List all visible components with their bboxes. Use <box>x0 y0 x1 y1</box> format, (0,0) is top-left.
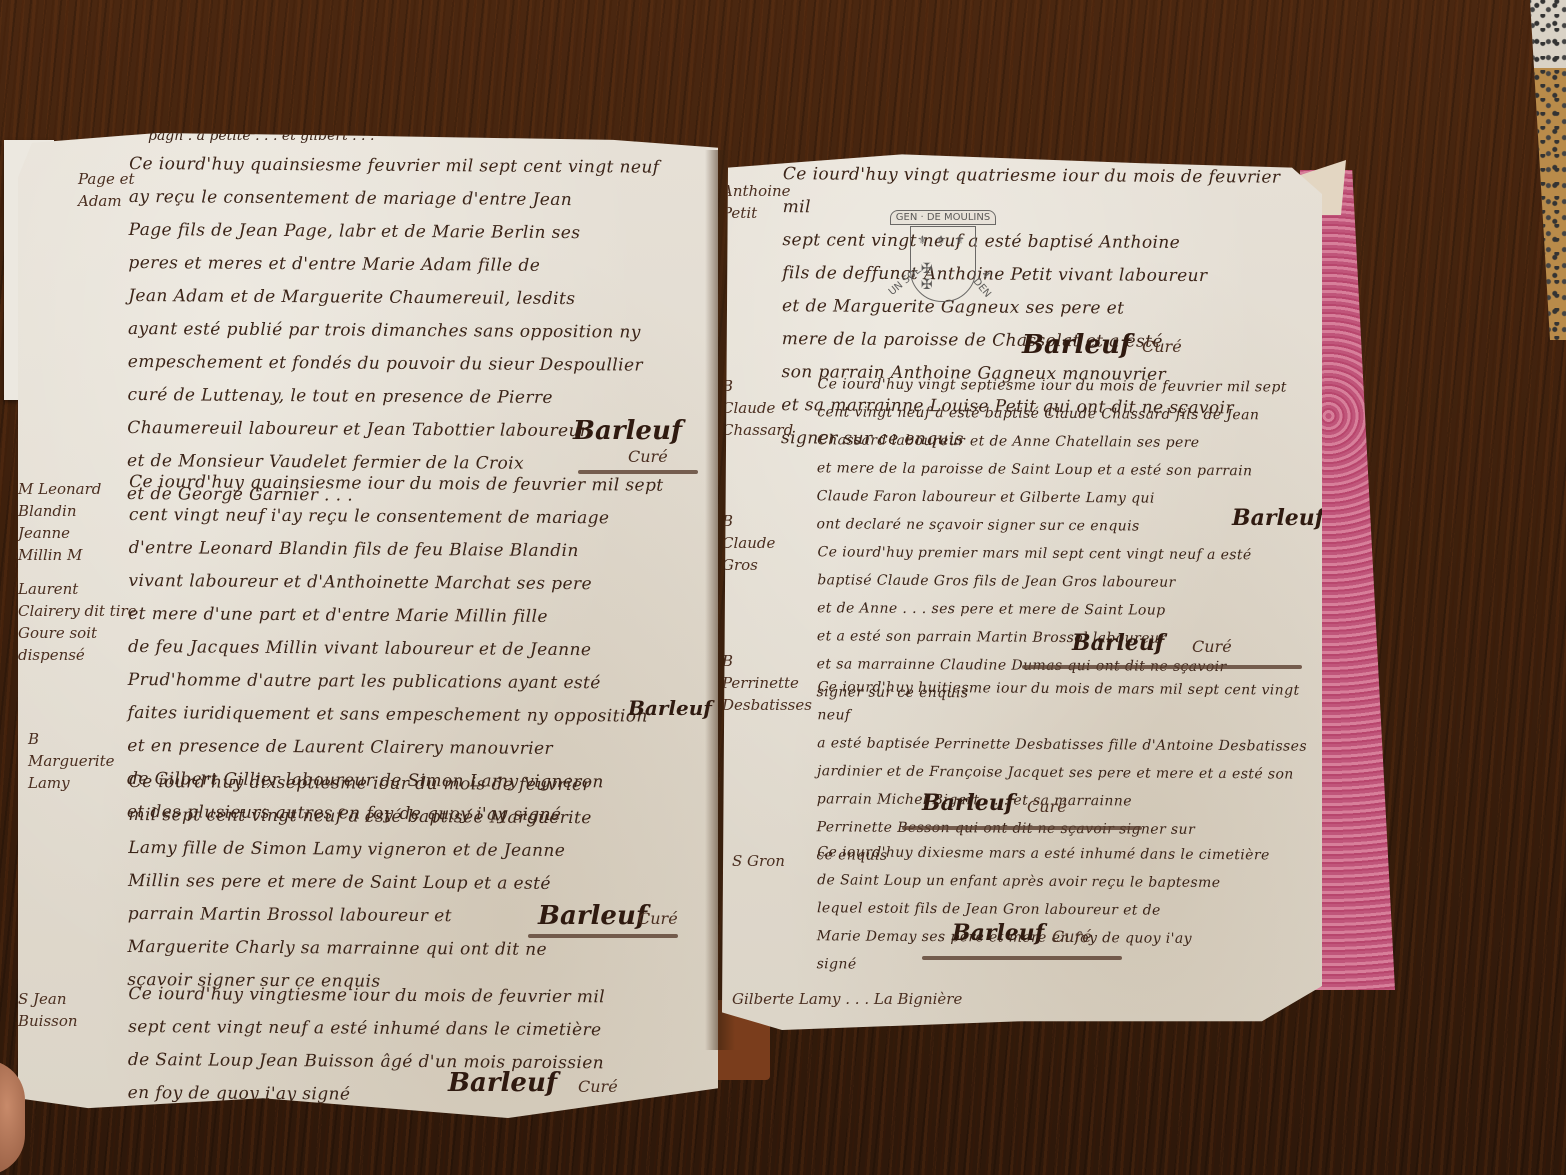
signature: Barleuf <box>448 1068 557 1098</box>
margin-note: B Claude Gros <box>722 510 782 576</box>
signature-underline <box>922 956 1122 960</box>
signature-title: Curé <box>1192 636 1232 658</box>
margin-note-secondary: Laurent Clairery dit tire Goure soit dis… <box>18 578 138 666</box>
signature-title: Curé <box>1052 926 1092 948</box>
floor-tile <box>1526 0 1566 340</box>
entry-burial-buisson: Ce iourd'huy vingtiesme iour du mois de … <box>128 978 714 1114</box>
signature-underline <box>528 934 678 938</box>
signature: Barleuf <box>1072 630 1164 656</box>
signature: Barleuf <box>952 920 1044 946</box>
right-page: Anthoine Petit Ce iourd'huy vingt quatri… <box>722 150 1322 1030</box>
entry-baptism-lamy: Ce iourd'huy dixseptiesme iour du mois d… <box>127 766 714 1001</box>
bottom-fragment: Gilberte Lamy . . . La Bignière <box>732 988 1132 1010</box>
entry-marriage-page-adam: Ce iourd'huy quainsiesme feuvrier mil se… <box>127 148 710 515</box>
signature-underline <box>902 826 1142 830</box>
margin-note: S Jean Buisson <box>18 988 108 1032</box>
margin-note: S Gron <box>732 850 792 872</box>
signature-title: Curé <box>638 908 678 930</box>
signature-title: Curé <box>1027 796 1067 818</box>
fleur-de-lis-icon: ⚜ ⚜ ⚜ <box>917 233 967 247</box>
signature: Barleuf <box>1022 330 1131 360</box>
margin-note: B Marguerite Lamy <box>28 728 118 794</box>
margin-note: B Claude Chassard <box>722 375 782 441</box>
signature: Barleuf <box>573 416 682 446</box>
cross-icon: ✠ ✠ <box>921 261 975 293</box>
signature-title: Curé <box>578 1076 618 1098</box>
margin-note: M Leonard Blandin Jeanne Millin M <box>18 478 118 566</box>
signature-title: Curé <box>1142 336 1182 358</box>
signature: Barleuf <box>922 790 1014 816</box>
signature: Barleuf <box>538 901 647 931</box>
tax-stamp: GEN · DE MOULINS ⚜ ⚜ ⚜ ✠ ✠ UN SOL 4 DEN <box>882 210 1002 320</box>
stamp-banner-text: GEN · DE MOULINS <box>890 210 996 225</box>
margin-note: B Perrinette Desbatisses <box>722 650 792 716</box>
margin-note: Anthoine Petit <box>722 180 792 224</box>
top-fragment: pagn . a petite . . . et gilbert . . . <box>148 128 708 150</box>
entry-burial-gron: Ce iourd'huy dixiesme mars a esté inhumé… <box>817 838 1318 981</box>
signature: Barleuf <box>628 696 712 720</box>
signature-underline <box>1022 665 1302 669</box>
signature: Barleuf <box>1232 505 1322 531</box>
signature-title: Curé <box>628 446 668 468</box>
coat-of-arms-icon: ⚜ ⚜ ⚜ ✠ ✠ <box>910 226 976 302</box>
left-page: pagn . a petite . . . et gilbert . . . P… <box>18 128 718 1118</box>
stamp-right-text: 4 DEN <box>971 269 1006 305</box>
